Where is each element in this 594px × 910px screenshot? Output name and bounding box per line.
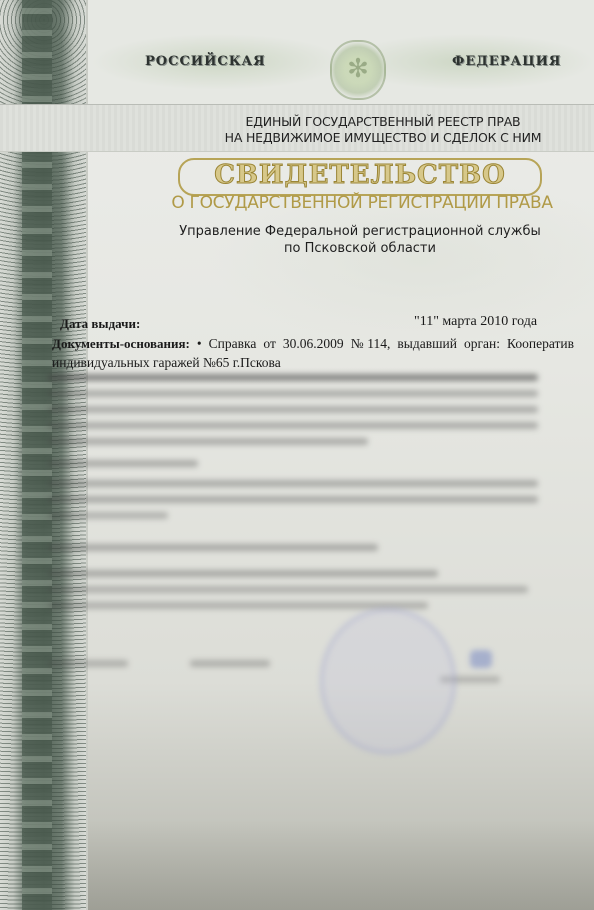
- redacted-section: [40, 368, 594, 708]
- certificate-page: РОССИЙСКАЯ ФЕДЕРАЦИЯ ЕДИНЫЙ ГОСУДАРСТВЕН…: [0, 0, 594, 910]
- country-name-left: РОССИЙСКАЯ: [145, 54, 266, 69]
- certificate-title: СВИДЕТЕЛЬСТВО: [178, 158, 542, 196]
- redacted-signature-label: [48, 660, 128, 667]
- basis-documents-label: Документы-основания:: [52, 336, 190, 351]
- redacted-line: [48, 460, 198, 467]
- issue-date-value: "11" марта 2010 года: [414, 314, 537, 330]
- redacted-line: [48, 374, 538, 381]
- redacted-line: [48, 602, 428, 609]
- redacted-line: [48, 390, 538, 397]
- certificate-subtitle: О ГОСУДАРСТВЕННОЙ РЕГИСТРАЦИИ ПРАВА: [132, 193, 592, 213]
- registry-title-line1: ЕДИНЫЙ ГОСУДАРСТВЕННЫЙ РЕЕСТР ПРАВ: [130, 114, 594, 129]
- stamp-signature-mark: [470, 650, 492, 668]
- emblem-icon: [330, 40, 386, 100]
- redacted-line: [48, 512, 168, 519]
- issuing-authority-line2: по Псковской области: [150, 241, 570, 256]
- redacted-line: [48, 422, 538, 429]
- redacted-line: [48, 586, 528, 593]
- redacted-line: [48, 570, 438, 577]
- redacted-signature: [190, 660, 270, 667]
- issuing-authority-line1: Управление Федеральной регистрационной с…: [150, 224, 570, 239]
- official-stamp: [320, 608, 456, 754]
- redacted-line: [48, 406, 538, 413]
- redacted-line: [48, 544, 378, 551]
- redacted-line: [48, 480, 538, 487]
- photo-shadow: [88, 820, 594, 910]
- basis-documents: Документы-основания: • Справка от 30.06.…: [52, 334, 574, 372]
- redacted-line: [48, 438, 368, 445]
- issue-date-label: Дата выдачи:: [60, 316, 140, 332]
- country-name-right: ФЕДЕРАЦИЯ: [452, 54, 561, 69]
- registry-title-line2: НА НЕДВИЖИМОЕ ИМУЩЕСТВО И СДЕЛОК С НИМ: [130, 130, 594, 145]
- redacted-line: [48, 496, 538, 503]
